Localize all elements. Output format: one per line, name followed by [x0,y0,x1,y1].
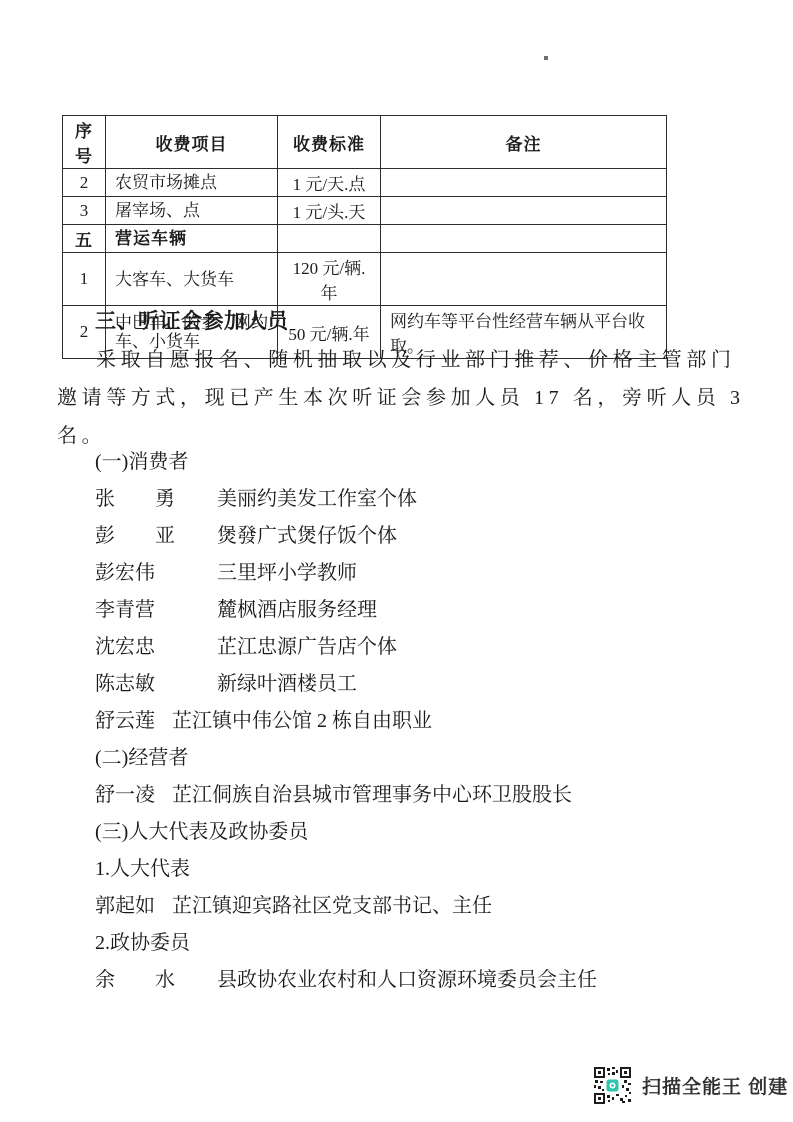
fee-table-row: 3屠宰场、点1 元/头.天 [63,197,667,225]
roster-entry: 舒云莲芷江镇中伟公馆 2 栋自由职业 [95,703,597,740]
cell-note [381,253,667,306]
section-heading: 三、听证会参加人员 [95,305,289,335]
cell-standard: 120 元/辆.年 [278,253,381,306]
cell-note [381,169,667,197]
scanned-document-page: 序号 收费项目 收费标准 备注 2农贸市场摊点1 元/天.点3屠宰场、点1 元/… [0,0,793,1122]
cell-standard: 1 元/天.点 [278,169,381,197]
person-affiliation: 芷江侗族自治县城市管理事务中心环卫股股长 [172,784,572,806]
person-affiliation: 煲發广式煲仔饭个体 [217,525,397,547]
person-name: 彭 亚 [95,518,175,555]
person-name: 舒一凌 [95,777,155,814]
person-affiliation: 麓枫酒店服务经理 [217,599,377,621]
cell-item: 农贸市场摊点 [106,169,278,197]
participant-roster: (一)消费者张 勇美丽约美发工作室个体彭 亚煲發广式煲仔饭个体彭宏伟三里坪小学教… [95,444,597,999]
person-name: 舒云莲 [95,703,155,740]
header-cell-item: 收费项目 [106,116,278,169]
person-affiliation: 芷江忠源广告店个体 [217,636,397,658]
person-name: 李青营 [95,592,155,629]
cell-standard [278,225,381,253]
camscanner-watermark: 扫描全能王 创建 [594,1067,788,1104]
cell-no: 五 [63,225,106,253]
roster-entry: 余 水县政协农业农村和人口资源环境委员会主任 [95,962,597,999]
cell-note [381,225,667,253]
roster-entry: 张 勇美丽约美发工作室个体 [95,481,597,518]
cell-no: 1 [63,253,106,306]
cell-no: 2 [63,169,106,197]
roster-entry: 舒一凌芷江侗族自治县城市管理事务中心环卫股股长 [95,777,597,814]
header-cell-no: 序号 [63,116,106,169]
roster-subheading: 1.人大代表 [95,851,597,888]
paragraph-line: 采取自愿报名、随机抽取以及行业部门推荐、价格主管部门 [57,341,747,379]
cell-note [381,197,667,225]
paragraph-line: 邀请等方式，现已产生本次听证会参加人员 17 名，旁听人员 3 [57,379,747,417]
cell-standard: 1 元/头.天 [278,197,381,225]
person-name: 沈宏忠 [95,629,155,666]
header-row: 序号 收费项目 收费标准 备注 [63,116,667,169]
fee-table-row: 1大客车、大货车120 元/辆.年 [63,253,667,306]
fee-table-row: 2农贸市场摊点1 元/天.点 [63,169,667,197]
person-affiliation: 新绿叶酒楼员工 [217,673,357,695]
cell-no: 3 [63,197,106,225]
camscanner-qr-icon [594,1067,631,1104]
roster-subheading: (二)经营者 [95,740,597,777]
header-cell-note: 备注 [381,116,667,169]
person-name: 郭起如 [95,888,155,925]
person-name: 陈志敏 [95,666,155,703]
fee-table-header: 序号 收费项目 收费标准 备注 [63,116,667,169]
header-cell-standard: 收费标准 [278,116,381,169]
cell-item: 大客车、大货车 [106,253,278,306]
roster-subheading: (一)消费者 [95,444,597,481]
person-name: 余 水 [95,962,175,999]
roster-subheading: (三)人大代表及政协委员 [95,814,597,851]
roster-subheading: 2.政协委员 [95,925,597,962]
scan-artifact-dot [544,56,548,60]
person-affiliation: 美丽约美发工作室个体 [217,488,417,510]
cell-item: 屠宰场、点 [106,197,278,225]
fee-table-row: 五营运车辆 [63,225,667,253]
person-name: 张 勇 [95,481,175,518]
person-affiliation: 芷江镇迎宾路社区党支部书记、主任 [172,895,492,917]
person-affiliation: 县政协农业农村和人口资源环境委员会主任 [217,969,597,991]
roster-entry: 陈志敏新绿叶酒楼员工 [95,666,597,703]
person-name: 彭宏伟 [95,555,155,592]
cell-item: 营运车辆 [106,225,278,253]
person-affiliation: 三里坪小学教师 [217,562,357,584]
roster-entry: 李青营麓枫酒店服务经理 [95,592,597,629]
roster-entry: 彭 亚煲發广式煲仔饭个体 [95,518,597,555]
roster-entry: 郭起如芷江镇迎宾路社区党支部书记、主任 [95,888,597,925]
hearing-paragraph: 采取自愿报名、随机抽取以及行业部门推荐、价格主管部门邀请等方式，现已产生本次听证… [57,341,747,455]
roster-entry: 沈宏忠芷江忠源广告店个体 [95,629,597,666]
roster-entry: 彭宏伟三里坪小学教师 [95,555,597,592]
person-affiliation: 芷江镇中伟公馆 2 栋自由职业 [172,710,432,732]
watermark-text: 扫描全能王 创建 [642,1072,788,1099]
